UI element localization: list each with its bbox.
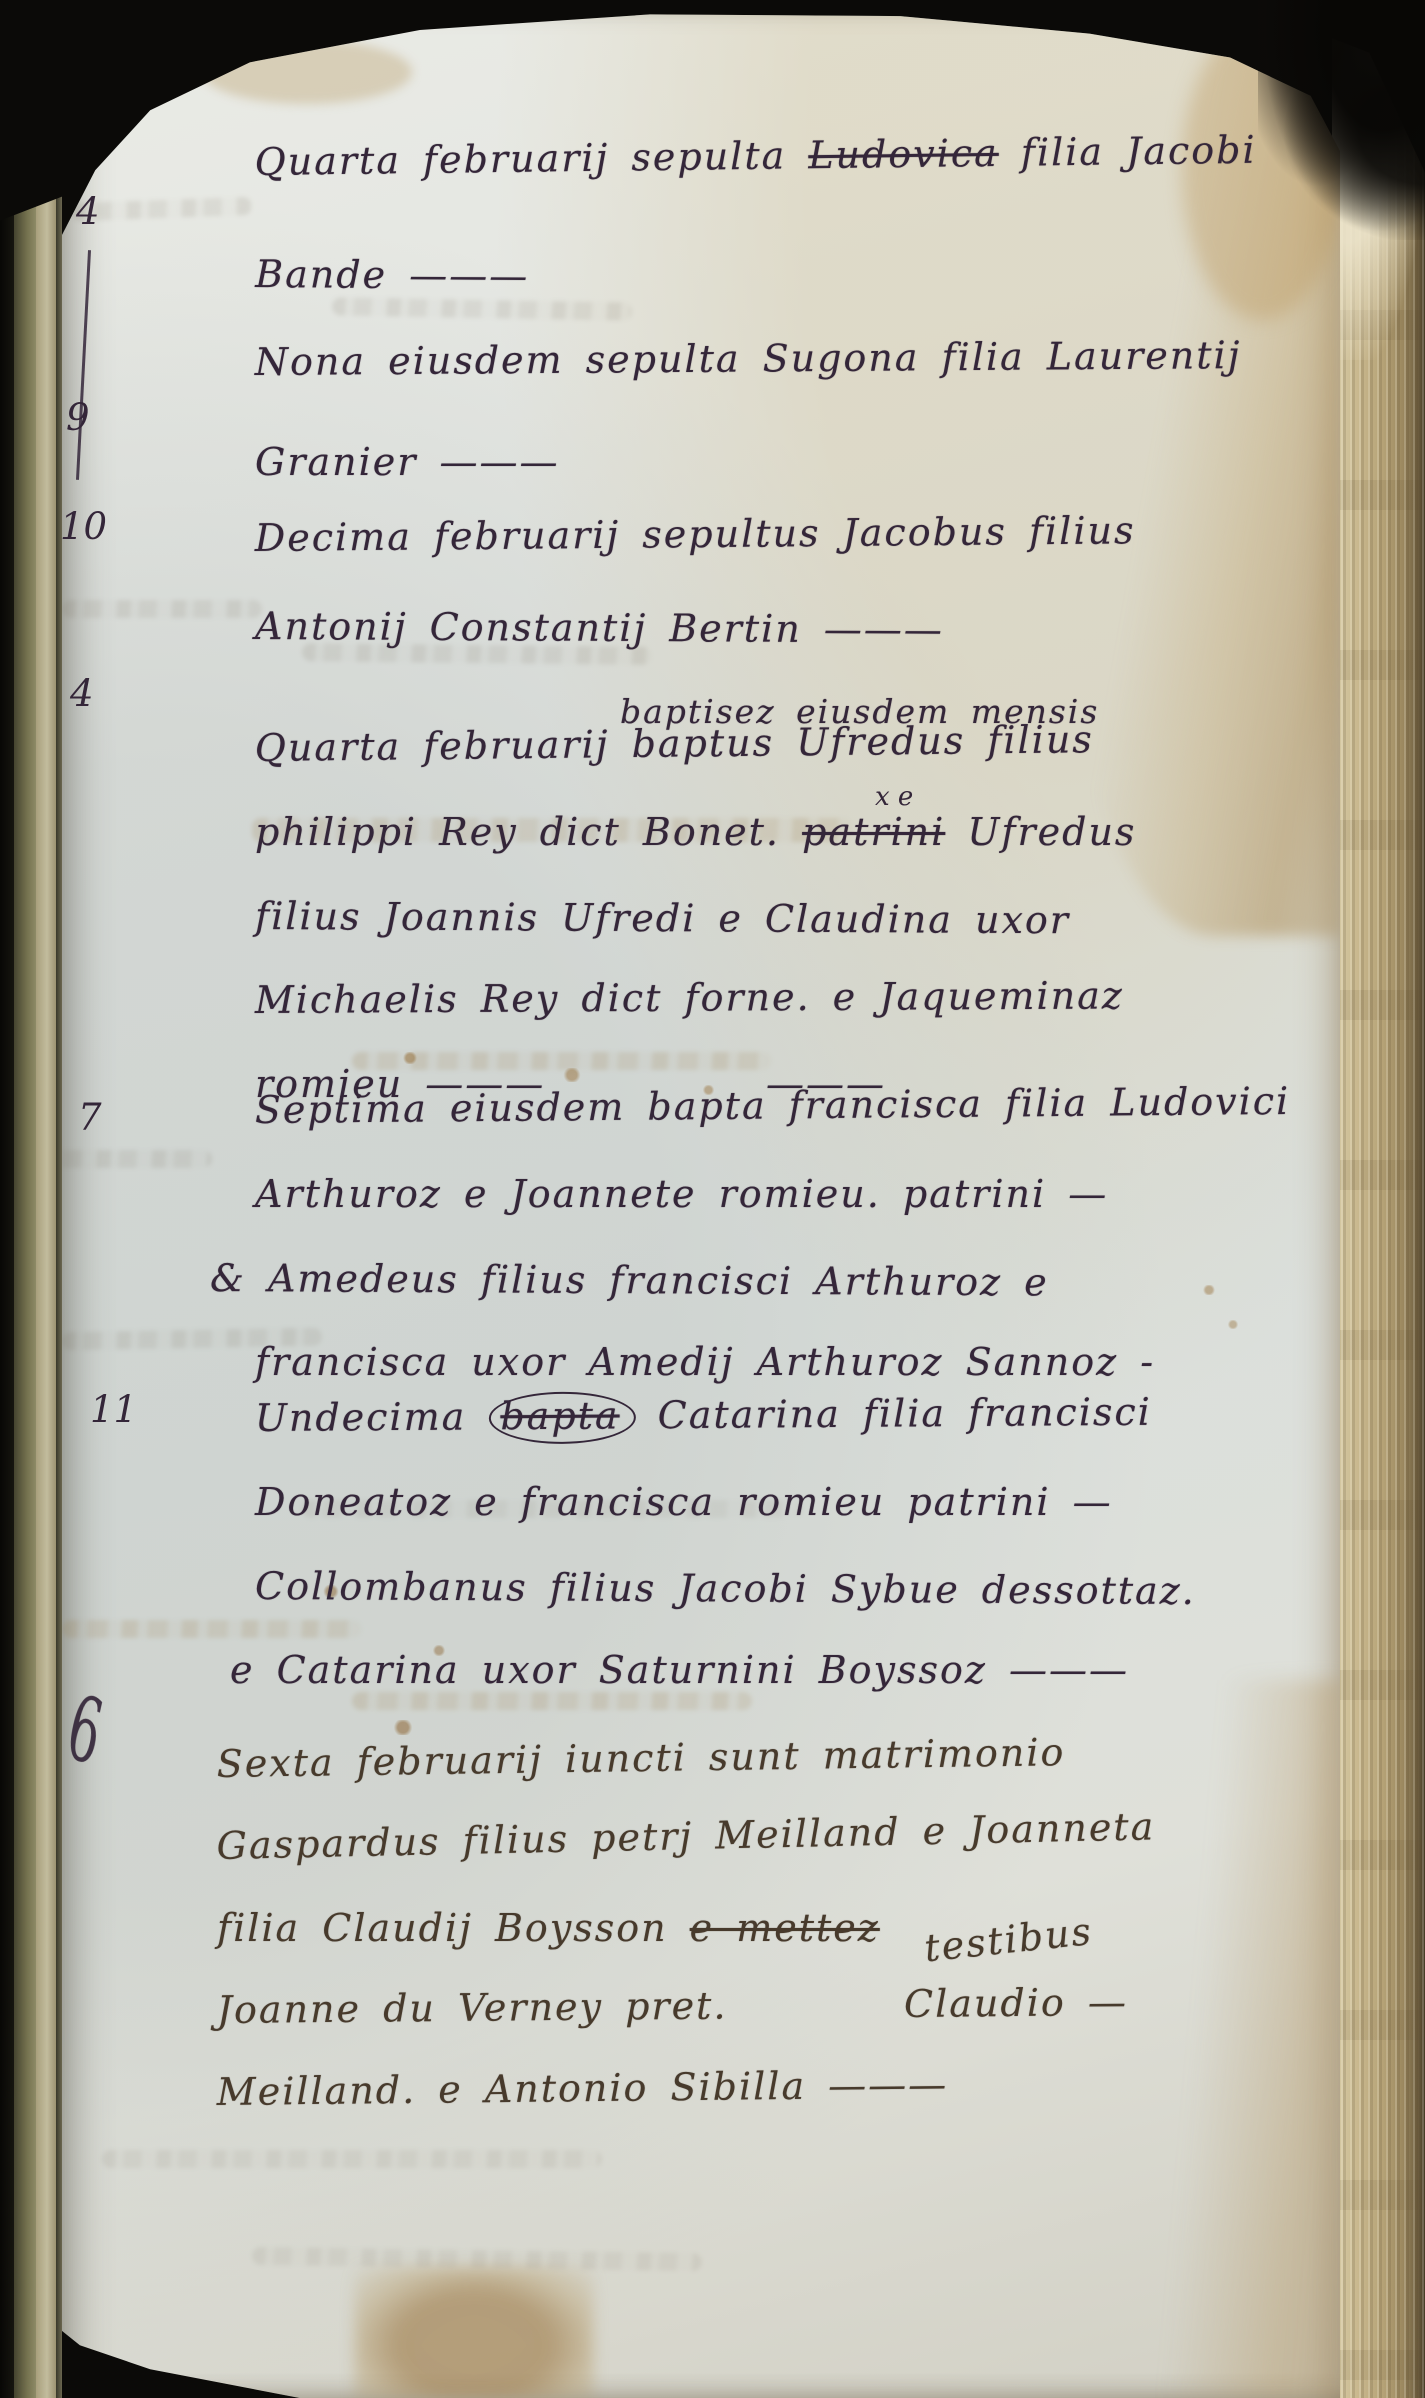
entry-line: Quarta februarij baptus Ufredus filius bbox=[255, 717, 1137, 810]
margin-number-4: 4 bbox=[70, 672, 94, 715]
entry-line: Collombanus filius Jacobi Sybue dessotta… bbox=[255, 1564, 1196, 1653]
entry-line: Nona eiusdem sepulta Sugona filia Lauren… bbox=[255, 333, 1242, 440]
ghost-writing bbox=[102, 2150, 602, 2168]
entry-text: filia Claudij Boysson bbox=[217, 1906, 690, 1950]
entry-text: Catarina filia francisci bbox=[635, 1390, 1152, 1438]
entry-line: Quarta februarij sepulta Ludovica filia … bbox=[254, 128, 1257, 252]
entry-line: Undecima bapta Catarina filia francisci bbox=[255, 1389, 1196, 1480]
margin-number-1: 4 bbox=[76, 190, 100, 233]
stain-bottom bbox=[354, 2266, 594, 2398]
ghost-writing bbox=[42, 1150, 212, 1168]
entry-line: Michaelis Rey dict forne. e Jaqueminaz bbox=[255, 973, 1137, 1062]
entry-line: Joanne du Verney pret. Claudio — bbox=[217, 1980, 1156, 2070]
book-binding bbox=[0, 0, 62, 2398]
entry-line: filius Joannis Ufredi e Claudina uxor bbox=[255, 894, 1137, 983]
entry-line: Doneatoz e francisca romieu patrini — bbox=[255, 1480, 1196, 1564]
register-entry: Sexta februarij iuncti sunt matrimonio G… bbox=[217, 1742, 1156, 2152]
entry-line: Meilland. e Antonio Sibilla ——— bbox=[217, 2060, 1157, 2152]
entry-line: filia Claudij Boysson e mettez testibus bbox=[217, 1906, 1156, 1988]
margin-number-3: 10 bbox=[60, 505, 107, 548]
margin-number-7: 6 bbox=[64, 1672, 105, 1789]
page-edge-stack bbox=[1332, 0, 1425, 2398]
stain-top-left bbox=[202, 40, 412, 104]
circled-word: bapta bbox=[488, 1391, 636, 1444]
entry-line: Antonij Constantij Bertin ——— bbox=[255, 604, 1136, 697]
gutter-shadow-line bbox=[56, 0, 62, 2398]
margin-number-stroke bbox=[76, 250, 91, 480]
page-corner-highlight bbox=[1332, 30, 1425, 360]
struck-word: patrini bbox=[802, 810, 945, 854]
register-entry: Quarta februarij sepulta Ludovica filia … bbox=[255, 140, 1257, 364]
entry-line: Decima februarij sepultus Jacobus filius bbox=[255, 508, 1136, 604]
margin-number-2: 9 bbox=[66, 396, 90, 439]
entry-line: e Catarina uxor Saturnini Boyssoz ——— bbox=[230, 1648, 1196, 1732]
entry-line: & Amedeus filius francisci Arthuroz e bbox=[210, 1256, 1291, 1346]
binding-strip bbox=[14, 0, 36, 2398]
margin-number-5: 7 bbox=[78, 1096, 102, 1139]
ghost-writing bbox=[62, 600, 262, 618]
ghost-writing bbox=[252, 2247, 702, 2271]
register-entry: Undecima bapta Catarina filia francisci … bbox=[255, 1396, 1196, 1732]
register-entry: Septima eiusdem bapta francisca filia Lu… bbox=[255, 1088, 1290, 1424]
cover-edge bbox=[0, 0, 14, 2398]
entry-text: Undecima bbox=[255, 1394, 489, 1440]
entry-text: Ufredus bbox=[945, 810, 1136, 854]
margin-number-6: 11 bbox=[90, 1388, 137, 1431]
entry-text: philippi Rey dict Bonet. bbox=[255, 810, 802, 854]
manuscript-page: 4 9 10 4 7 11 6 Quarta februarij sepulta… bbox=[62, 0, 1340, 2398]
water-stain-lower-right bbox=[1150, 1680, 1340, 2398]
struck-word: e mettez bbox=[690, 1906, 880, 1950]
entry-line: Arthuroz e Joannete romieu. patrini — bbox=[255, 1172, 1290, 1256]
gutter-page-edge bbox=[36, 0, 56, 2398]
entry-text: filia Jacobi bbox=[998, 128, 1256, 175]
manuscript-photo: 4 9 10 4 7 11 6 Quarta februarij sepulta… bbox=[0, 0, 1425, 2398]
struck-word: Ludovica bbox=[808, 131, 999, 177]
entry-line: Septima eiusdem bapta francisca filia Lu… bbox=[255, 1079, 1291, 1172]
entry-text: Quarta februarij sepulta bbox=[254, 133, 808, 184]
entry-text: testibus bbox=[878, 1909, 1095, 1975]
entry-line: philippi Rey dict Bonet. patrini Ufredus bbox=[255, 810, 1136, 894]
